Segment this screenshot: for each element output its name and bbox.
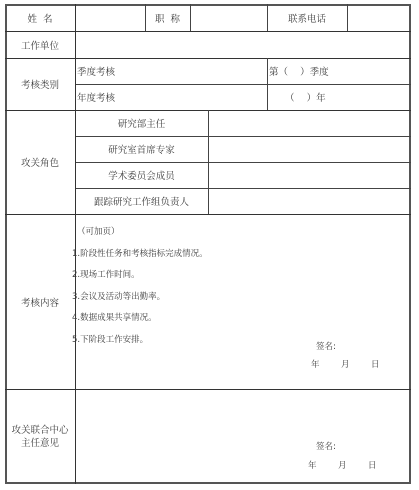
phone-field[interactable]: [348, 4, 411, 31]
col-divider: [267, 58, 268, 110]
content-item: 1.阶段性任务和考核指标完成情况。: [72, 244, 208, 266]
name-field[interactable]: [76, 4, 145, 31]
opinion-date-year: 年: [308, 459, 317, 471]
director-opinion-label-line1: 攻关联合中心: [11, 424, 68, 437]
role-tracking-group-lead: 跟踪研究工作组负责人: [75, 188, 208, 214]
year-period-field[interactable]: （ ）年: [285, 84, 411, 110]
category-label: 考核类别: [5, 58, 75, 110]
content-item: 2.现场工作时间。: [72, 265, 208, 287]
director-opinion-label-line2: 主任意见: [21, 437, 59, 450]
content-item: 5.下阶段工作安排。: [72, 330, 208, 352]
quarter-period-field[interactable]: 第（ ）季度: [269, 58, 411, 84]
annual-option[interactable]: 年度考核: [77, 84, 267, 110]
role-academic-committee: 学术委员会成员: [75, 162, 208, 188]
roles-label: 攻关角色: [5, 110, 75, 214]
role-tracking-group-lead-field[interactable]: [209, 188, 411, 214]
phone-label: 联系电话: [267, 4, 347, 31]
director-opinion-label: 攻关联合中心 主任意见: [5, 389, 75, 484]
director-opinion-field[interactable]: [76, 390, 411, 430]
role-research-director: 研究部主任: [75, 110, 208, 136]
title-label: 职 称: [145, 4, 190, 31]
content-item: 3.会议及活动等出勤率。: [72, 287, 208, 309]
content-signature-label: 签名:: [316, 340, 336, 352]
content-date-month: 月: [341, 358, 350, 370]
opinion-date-month: 月: [338, 459, 347, 471]
role-chief-expert-field[interactable]: [209, 136, 411, 162]
role-chief-expert: 研究室首席专家: [75, 136, 208, 162]
opinion-date-day: 日: [368, 459, 377, 471]
name-label: 姓 名: [5, 4, 75, 31]
opinion-signature-label: 签名:: [316, 440, 336, 452]
title-field[interactable]: [191, 4, 267, 31]
role-academic-committee-field[interactable]: [209, 162, 411, 188]
content-label: 考核内容: [5, 214, 75, 389]
work-unit-field[interactable]: [76, 31, 411, 58]
content-date-day: 日: [371, 358, 380, 370]
content-list[interactable]: （可加页） 1.阶段性任务和考核指标完成情况。 2.现场工作时间。 3.会议及活…: [72, 222, 208, 351]
content-note: （可加页）: [72, 222, 208, 244]
role-research-director-field[interactable]: [209, 110, 411, 136]
quarterly-option[interactable]: 季度考核: [77, 58, 267, 84]
content-item: 4.数据成果共享情况。: [72, 308, 208, 330]
work-unit-label: 工作单位: [5, 31, 75, 58]
content-date-year: 年: [311, 358, 320, 370]
